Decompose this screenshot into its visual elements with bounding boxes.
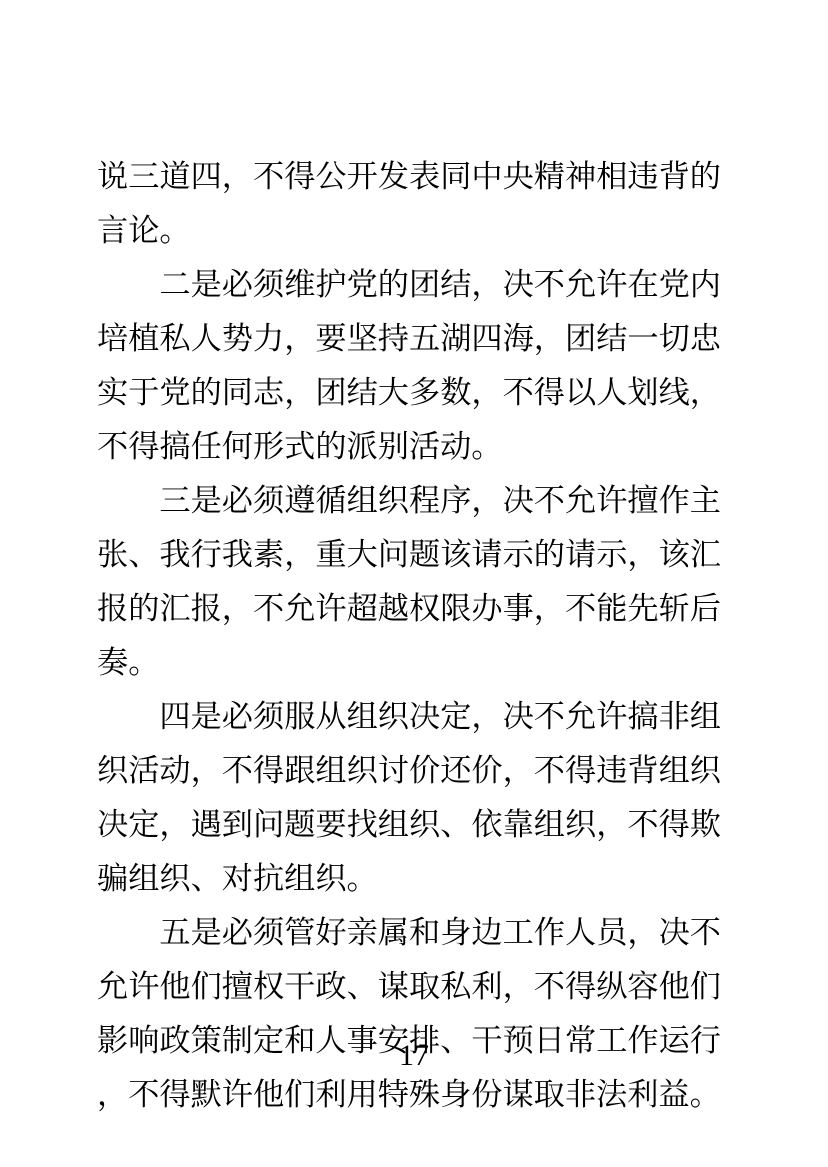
page-number-label: 17 [399,1036,429,1076]
paragraph-point-2: 二是必须维护党的团结，决不允许在党内培植私人势力，要坚持五湖四海，团结一切忠实于… [97,258,721,474]
paragraph-point-4: 四是必须服从组织决定，决不允许搞非组织活动，不得跟组织讨价还价，不得违背组织决定… [97,690,721,906]
page-number: 17 [0,1036,828,1076]
paragraph-point-5: 五是必须管好亲属和身边工作人员，决不允许他们擅权干政、谋取私利，不得纵容他们影响… [97,906,721,1122]
paragraph-point-3: 三是必须遵循组织程序，决不允许擅作主张、我行我素，重大问题该请示的请示，该汇报的… [97,474,721,690]
document-page: 说三道四，不得公开发表同中央精神相违背的言论。 二是必须维护党的团结，决不允许在… [0,0,828,1167]
paragraph-continuation: 说三道四，不得公开发表同中央精神相违背的言论。 [97,150,721,258]
body-text: 说三道四，不得公开发表同中央精神相违背的言论。 二是必须维护党的团结，决不允许在… [97,150,721,1122]
